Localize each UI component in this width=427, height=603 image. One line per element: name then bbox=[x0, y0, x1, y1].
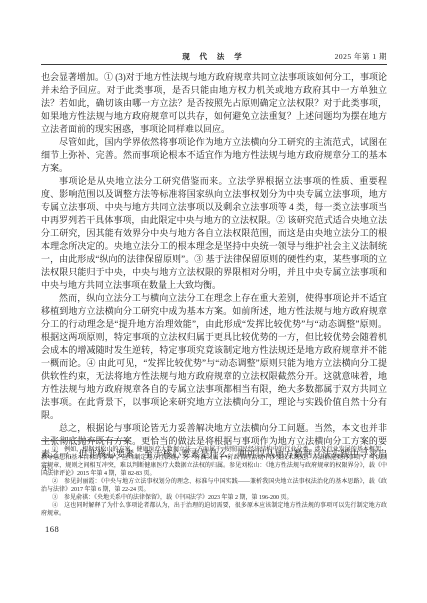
footnote: ③ 参见俞祺：《央地关系中的法律保留》，载《中国法学》2023 年第 2 期，第… bbox=[41, 494, 387, 502]
page-number: 168 bbox=[45, 524, 59, 534]
footnote: ② 参见封丽霞：《中央与地方立法事权划分的理念、标准与中国实践——兼析我国央地立… bbox=[41, 478, 387, 494]
footnote-text: 例如，根据刘松山的方案，健康医疗大数据立法一方面属于“按照国民经济结构中的行业分… bbox=[41, 447, 387, 477]
body-paragraph: 然而，纵向立法分工与横向立法分工在理念上存在重大差别，使得事项论并不适宜移植到地… bbox=[41, 292, 387, 422]
footnote: ④ 这也同时解释了为什么事项论者都认为，出于治理的迫切需要，很多原本应该制定地方… bbox=[41, 502, 387, 518]
footnote-marker: ② bbox=[52, 479, 58, 485]
footnote-text: 参见封丽霞：《中央与地方立法事权划分的理念、标准与中国实践——兼析我国央地立法事… bbox=[41, 479, 387, 493]
footnotes-section: ① 例如，根据刘松山的方案，健康医疗大数据立法一方面属于“按照国民经济结构中的行… bbox=[41, 440, 387, 518]
body-paragraph: 尽管如此，国内学界依然将事项论作为地方立法横向分工研究的主流范式，试图在细节上弥… bbox=[41, 136, 387, 175]
footnote-text: 这也同时解释了为什么事项论者都认为，出于治理的迫切需要，很多原本应该制定地方性法… bbox=[41, 503, 387, 517]
body-paragraph: 也会显著增加。① (3)对于地方性法规与地方政府规章共同立法事项该如何分工，事项… bbox=[41, 71, 387, 136]
running-head: 现 代 法 学 2025 年第 1 期 bbox=[41, 50, 387, 65]
journal-page: 现 代 法 学 2025 年第 1 期 也会显著增加。① (3)对于地方性法规与… bbox=[0, 0, 427, 603]
footnote-marker: ③ bbox=[52, 495, 58, 501]
footnote-marker: ① bbox=[52, 447, 58, 453]
issue-label: 2025 年第 1 期 bbox=[335, 51, 387, 62]
footnote: ① 例如，根据刘松山的方案，健康医疗大数据立法一方面属于“按照国民经济结构中的行… bbox=[41, 446, 387, 478]
footnote-separator-rule bbox=[41, 440, 129, 441]
body-paragraph: 事项论是从央地立法分工研究借鉴而来。立法学界根据立法事项的性质、重要程度、影响范… bbox=[41, 175, 387, 292]
footnote-marker: ④ bbox=[52, 503, 58, 509]
article-body: 也会显著增加。① (3)对于地方性法规与地方政府规章共同立法事项该如何分工，事项… bbox=[41, 71, 387, 474]
footnote-text: 参见俞祺：《央地关系中的法律保留》，载《中国法学》2023 年第 2 期，第 1… bbox=[64, 495, 293, 501]
